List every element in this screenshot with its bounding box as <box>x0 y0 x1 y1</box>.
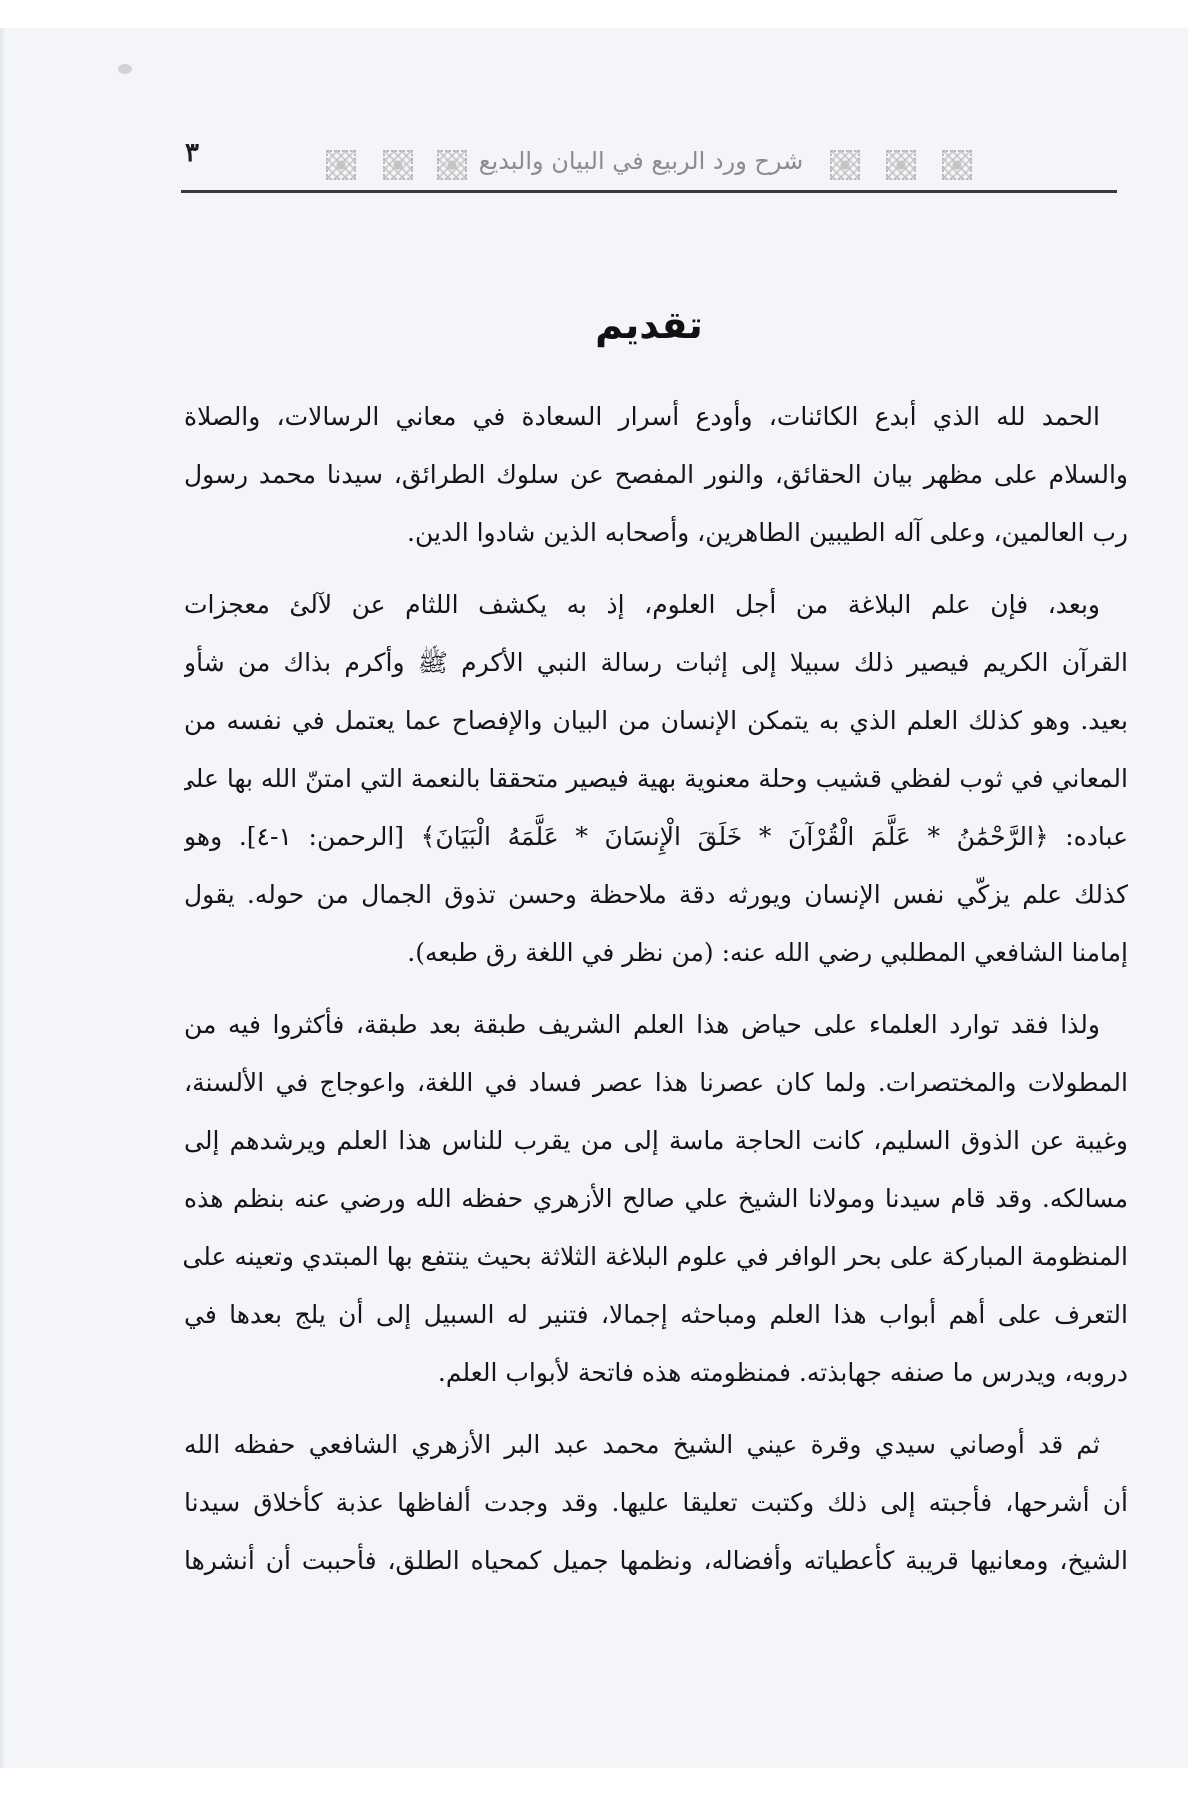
text-line: إمامنا الشافعي المطلبي رضي الله عنه: (من… <box>184 924 1128 982</box>
text-line: الحمد لله الذي أبدع الكائنات، وأودع أسرا… <box>184 388 1128 446</box>
paragraph-3: ولذا فقد توارد العلماء على حياض هذا العل… <box>184 996 1128 1402</box>
page-right-margin <box>1188 28 1200 1768</box>
paragraph-4: ثم قد أوصاني سيدي وقرة عيني الشيخ محمد ع… <box>184 1416 1128 1590</box>
body-text: الحمد لله الذي أبدع الكائنات، وأودع أسرا… <box>184 388 1128 1604</box>
text-line: وبعد، فإن علم البلاغة من أجل العلوم، إذ … <box>184 576 1128 634</box>
text-line: والسلام على مظهر بيان الحقائق، والنور ال… <box>184 446 1128 504</box>
arabesque-ornament-icon <box>886 150 916 180</box>
text-line: المنظومة المباركة على بحر الوافر في علوم… <box>184 1228 1128 1286</box>
section-title: تقديم <box>181 300 1117 350</box>
text-line: ثم قد أوصاني سيدي وقرة عيني الشيخ محمد ع… <box>184 1416 1128 1474</box>
page-left-edge-shadow <box>0 28 6 1768</box>
paragraph-1: الحمد لله الذي أبدع الكائنات، وأودع أسرا… <box>184 388 1128 562</box>
arabesque-ornament-icon <box>383 150 413 180</box>
header-rule-divider <box>181 190 1117 193</box>
paragraph-2: وبعد، فإن علم البلاغة من أجل العلوم، إذ … <box>184 576 1128 982</box>
text-line: بعيد. وهو كذلك العلم الذي به يتمكن الإنس… <box>184 692 1128 750</box>
text-line: أن أشرحها، فأجبته إلى ذلك وكتبت تعليقا ع… <box>184 1474 1128 1532</box>
text-line: كذلك علم يزكّي نفس الإنسان ويورثه دقة مل… <box>184 866 1128 924</box>
text-line: الشيخ، ومعانيها قريبة كأعطياته وأفضاله، … <box>184 1532 1128 1590</box>
text-line: المعاني في ثوب لفظي قشيب وحلة معنوية بهي… <box>184 750 1128 808</box>
text-line: وغيبة عن الذوق السليم، كانت الحاجة ماسة … <box>184 1112 1128 1170</box>
text-line: ولذا فقد توارد العلماء على حياض هذا العل… <box>184 996 1128 1054</box>
arabesque-ornament-icon <box>437 150 467 180</box>
arabesque-ornament-icon <box>830 150 860 180</box>
text-line: مسالكه. وقد قام سيدنا ومولانا الشيخ علي … <box>184 1170 1128 1228</box>
arabesque-ornament-icon <box>942 150 972 180</box>
text-line: المطولات والمختصرات. ولما كان عصرنا هذا … <box>184 1054 1128 1112</box>
running-header: ٣ شرح ورد الربيع في البيان والبديع <box>181 140 1117 188</box>
text-line: رب العالمين، وعلى آله الطيبين الطاهرين، … <box>184 504 1128 562</box>
arabesque-ornament-icon <box>326 150 356 180</box>
paper-smudge <box>118 64 132 74</box>
quran-citation-line: عباده: ﴿الرَّحْمَٰنُ * عَلَّمَ الْقُرْآن… <box>184 808 1128 866</box>
running-header-title: شرح ورد الربيع في البيان والبديع <box>471 146 811 176</box>
page-number: ٣ <box>185 140 199 166</box>
text-line: دروبه، ويدرس ما صنفه جهابذته. فمنظومته ه… <box>184 1344 1128 1402</box>
text-line: القرآن الكريم فيصير ذلك سبيلا إلى إثبات … <box>184 634 1128 692</box>
text-line: التعرف على أهم أبواب هذا العلم ومباحثه إ… <box>184 1286 1128 1344</box>
